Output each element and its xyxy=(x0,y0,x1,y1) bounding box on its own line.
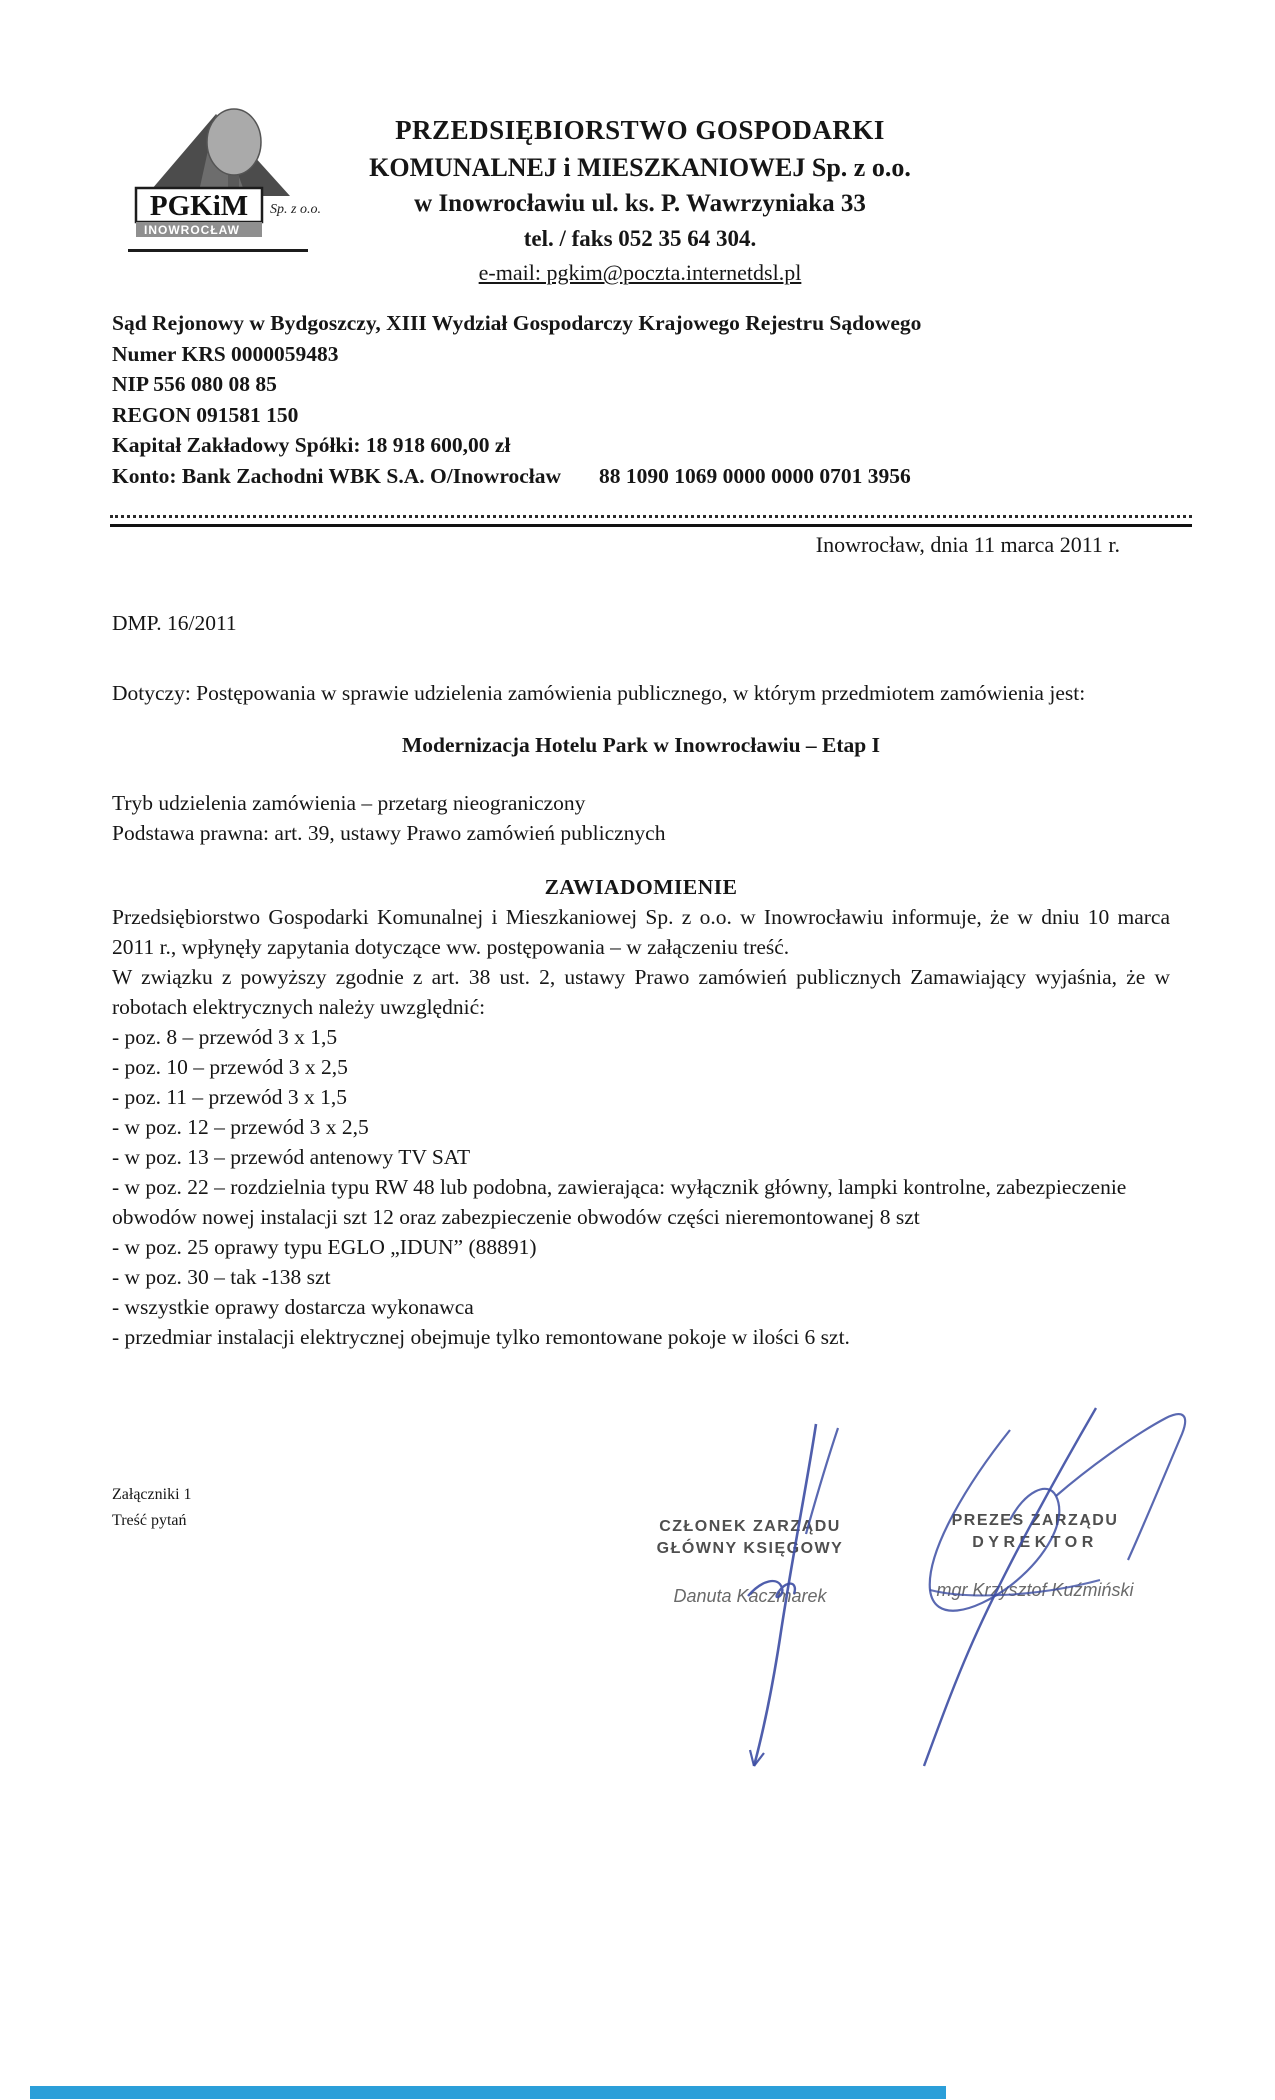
registry-capital: Kapitał Zakładowy Spółki: 18 918 600,00 … xyxy=(112,430,1182,461)
clarification-list: - poz. 8 – przewód 3 x 1,5 - poz. 10 – p… xyxy=(112,1022,1170,1352)
registry-regon: REGON 091581 150 xyxy=(112,400,1182,431)
company-email: e-mail: pgkim@poczta.internetdsl.pl xyxy=(310,256,970,289)
attachments-note: Załączniki 1 Treść pytań xyxy=(112,1482,192,1534)
signature-block-left: CZŁONEK ZARZĄDU GŁÓWNY KSIĘGOWY Danuta K… xyxy=(590,1516,910,1607)
list-item: - poz. 11 – przewód 3 x 1,5 xyxy=(112,1082,1170,1112)
list-item: - w poz. 22 – rozdzielnia typu RW 48 lub… xyxy=(112,1172,1170,1232)
registry-court: Sąd Rejonowy w Bydgoszczy, XIII Wydział … xyxy=(112,308,1182,339)
registry-krs: Numer KRS 0000059483 xyxy=(112,339,1182,370)
procurement-title: Modernizacja Hotelu Park w Inowrocławiu … xyxy=(112,730,1170,760)
legal-basis: Podstawa prawna: art. 39, ustawy Prawo z… xyxy=(112,818,1170,848)
signer-role-right-2: DYREKTOR xyxy=(880,1532,1190,1554)
registry-info: Sąd Rejonowy w Bydgoszczy, XIII Wydział … xyxy=(112,308,1182,491)
attachments-line1: Załączniki 1 xyxy=(112,1482,192,1508)
list-item: - w poz. 30 – tak -138 szt xyxy=(112,1262,1170,1292)
list-item: - poz. 10 – przewód 3 x 2,5 xyxy=(112,1052,1170,1082)
list-item: - poz. 8 – przewód 3 x 1,5 xyxy=(112,1022,1170,1052)
registry-account-label: Konto: Bank Zachodni WBK S.A. O/Inowrocł… xyxy=(112,464,561,488)
company-phone: tel. / faks 052 35 64 304. xyxy=(310,222,970,256)
list-item: - w poz. 25 oprawy typu EGLO „IDUN” (888… xyxy=(112,1232,1170,1262)
subject-intro: Dotyczy: Postępowania w sprawie udzielen… xyxy=(112,678,1170,708)
document-page: PGKiM Sp. z o.o. INOWROCŁAW PRZEDSIĘBIOR… xyxy=(0,0,1275,2100)
list-item: - przedmiar instalacji elektrycznej obej… xyxy=(112,1322,1170,1352)
logo-city: INOWROCŁAW xyxy=(144,223,240,237)
letterhead: PRZEDSIĘBIORSTWO GOSPODARKI KOMUNALNEJ i… xyxy=(310,112,970,289)
registry-account-number: 88 1090 1069 0000 0000 0701 3956 xyxy=(599,464,911,488)
registry-nip: NIP 556 080 08 85 xyxy=(112,369,1182,400)
company-name-line1: PRZEDSIĘBIORSTWO GOSPODARKI xyxy=(310,112,970,149)
logo-tree-icon xyxy=(207,109,261,175)
dotted-separator xyxy=(110,515,1192,527)
list-item: - w poz. 13 – przewód antenowy TV SAT xyxy=(112,1142,1170,1172)
list-item: - wszystkie oprawy dostarcza wykonawca xyxy=(112,1292,1170,1322)
list-item: - w poz. 12 – przewód 3 x 2,5 xyxy=(112,1112,1170,1142)
signature-block-right: PREZES ZARZĄDU DYREKTOR mgr Krzysztof Ku… xyxy=(880,1510,1190,1601)
signer-name-left: Danuta Kaczmarek xyxy=(590,1586,910,1607)
registry-account: Konto: Bank Zachodni WBK S.A. O/Inowrocł… xyxy=(112,461,1182,492)
company-name-line2: KOMUNALNEJ i MIESZKANIOWEJ Sp. z o.o. xyxy=(310,149,970,186)
procurement-mode: Tryb udzielenia zamówienia – przetarg ni… xyxy=(112,788,1170,818)
letter-body: DMP. 16/2011 Dotyczy: Postępowania w spr… xyxy=(112,608,1170,1352)
logo-acronym: PGKiM xyxy=(150,190,248,222)
logo-underline xyxy=(128,249,308,252)
company-address: w Inowrocławiu ul. ks. P. Wawrzyniaka 33 xyxy=(310,186,970,222)
signer-role-right-1: PREZES ZARZĄDU xyxy=(880,1510,1190,1532)
scan-artifact-bar xyxy=(30,2086,946,2099)
signer-role-left-1: CZŁONEK ZARZĄDU xyxy=(590,1516,910,1538)
attachments-line2: Treść pytań xyxy=(112,1508,192,1534)
notice-heading: ZAWIADOMIENIE xyxy=(112,872,1170,902)
reference-number: DMP. 16/2011 xyxy=(112,608,1170,638)
notice-paragraph-1: Przedsiębiorstwo Gospodarki Komunalnej i… xyxy=(112,902,1170,962)
date-line: Inowrocław, dnia 11 marca 2011 r. xyxy=(112,532,1120,558)
signer-role-left-2: GŁÓWNY KSIĘGOWY xyxy=(590,1538,910,1560)
notice-paragraph-2: W związku z powyższy zgodnie z art. 38 u… xyxy=(112,962,1170,1022)
signer-name-right: mgr Krzysztof Kuźmiński xyxy=(880,1580,1190,1601)
